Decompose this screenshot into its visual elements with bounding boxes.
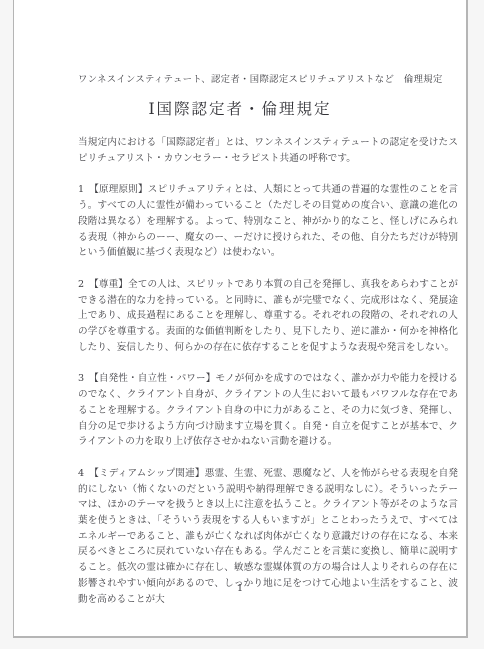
page-title: Ⅰ国際認定者・倫理規定 xyxy=(14,100,466,118)
paragraph-autonomy: 3 【自発性・自立性・パワー】モノが何かを成すのではなく、誰かが力や能力を授ける… xyxy=(78,371,458,450)
document-header-line: ワンネスインスティテュート、認定者・国際認定スピリチュアリストなど 倫理規定 xyxy=(78,74,458,86)
intro-paragraph: 当規定内における「国際認定者」とは、ワンネスインスティテュートの認定を受けたスピ… xyxy=(78,135,458,166)
document-viewer: ワンネスインスティテュート、認定者・国際認定スピリチュアリストなど 倫理規定 Ⅰ… xyxy=(0,0,484,649)
document-page: ワンネスインスティテュート、認定者・国際認定スピリチュアリストなど 倫理規定 Ⅰ… xyxy=(13,0,468,638)
paragraph-respect: 2 【尊重】全ての人は、スピリットであり本質の自己を発揮し、真我をあらわすことが… xyxy=(78,277,458,356)
page-number: 1 xyxy=(14,583,466,594)
paragraph-principle: 1 【原理原則】スピリチュアリティとは、人類にとって共通の普遍的な霊性のことを言… xyxy=(78,182,458,261)
